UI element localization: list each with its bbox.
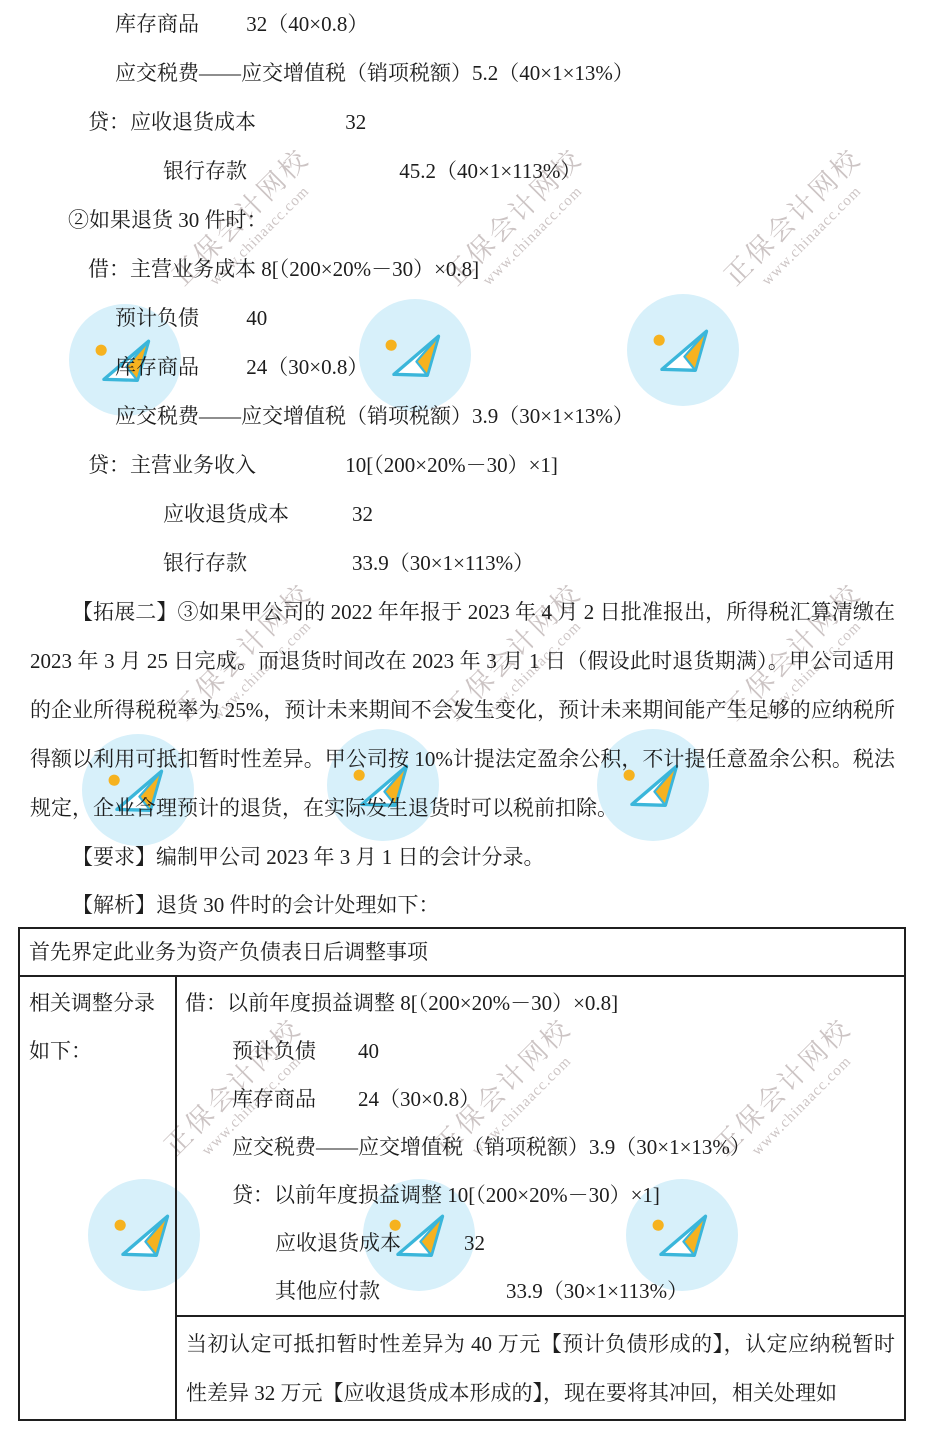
table-journal-entry-line: 预计负债 40 xyxy=(177,1027,904,1075)
table-cell-classification: 首先界定此业务为资产负债表日后调整事项 xyxy=(19,928,905,976)
table-journal-entry-line: 其他应付款 33.9（30×1×113%） xyxy=(177,1267,904,1315)
paragraph-yaoqiu: 【要求】编制甲公司 2023 年 3 月 1 日的会计分录。 xyxy=(30,833,895,881)
journal-entry-line: 库存商品 24（30×0.8） xyxy=(0,343,925,392)
table-journal-entry-line: 库存商品 24（30×0.8） xyxy=(177,1075,904,1123)
table-row-entries: 相关调整分录如下： 借：以前年度损益调整 8[（200×20%－30）×0.8]… xyxy=(19,976,905,1316)
journal-entry-line: 应收退货成本 32 xyxy=(0,490,925,539)
journal-entries-block: 库存商品 32（40×0.8）应交税费——应交增值税（销项税额）5.2（40×1… xyxy=(0,0,925,588)
table-row-header: 首先界定此业务为资产负债表日后调整事项 xyxy=(19,928,905,976)
journal-entry-line: 预计负债 40 xyxy=(0,294,925,343)
table-entry-label-line: 如下： xyxy=(29,1027,175,1075)
adjustment-entries-table: 首先界定此业务为资产负债表日后调整事项 相关调整分录如下： 借：以前年度损益调整… xyxy=(18,927,906,1421)
table-cell-journal-entries: 借：以前年度损益调整 8[（200×20%－30）×0.8]预计负债 40库存商… xyxy=(176,976,905,1316)
table-cell-temporary-difference-note: 当初认定可抵扣暂时性差异为 40 万元【预计负债形成的】，认定应纳税暂时性差异 … xyxy=(176,1316,905,1420)
paragraph-jiexi: 【解析】退货 30 件时的会计处理如下： xyxy=(30,881,895,929)
journal-entry-line: 库存商品 32（40×0.8） xyxy=(0,0,925,49)
journal-entry-line: 银行存款 33.9（30×1×113%） xyxy=(0,539,925,588)
table-journal-entry-line: 应收退货成本 32 xyxy=(177,1219,904,1267)
table-journal-entry-line: 贷：以前年度损益调整 10[（200×20%－30）×1] xyxy=(177,1171,904,1219)
document-content: 库存商品 32（40×0.8）应交税费——应交增值税（销项税额）5.2（40×1… xyxy=(0,0,925,1421)
journal-entry-line: 贷：应收退货成本 32 xyxy=(0,98,925,147)
paragraph-tuozhan-er: 【拓展二】③如果甲公司的 2022 年年报于 2023 年 4 月 2 日批准报… xyxy=(30,588,895,833)
table-journal-entry-line: 应交税费——应交增值税（销项税额）3.9（30×1×13%） xyxy=(177,1123,904,1171)
journal-entry-line: 贷：主营业务收入 10[（200×20%－30）×1] xyxy=(0,441,925,490)
journal-entry-line: 银行存款 45.2（40×1×113%） xyxy=(0,147,925,196)
table-cell-entry-label: 相关调整分录如下： xyxy=(19,976,176,1420)
table-journal-entry-line: 借：以前年度损益调整 8[（200×20%－30）×0.8] xyxy=(177,979,904,1027)
document-page: 正保会计网校www.chinaacc.com正保会计网校www.chinaacc… xyxy=(0,0,925,1429)
journal-entry-line: 应交税费——应交增值税（销项税额）3.9（30×1×13%） xyxy=(0,392,925,441)
journal-entry-line: 应交税费——应交增值税（销项税额）5.2（40×1×13%） xyxy=(0,49,925,98)
journal-entry-line: ②如果退货 30 件时： xyxy=(0,196,925,245)
journal-entry-line: 借：主营业务成本 8[（200×20%－30）×0.8] xyxy=(0,245,925,294)
table-entry-label-line: 相关调整分录 xyxy=(29,979,175,1027)
